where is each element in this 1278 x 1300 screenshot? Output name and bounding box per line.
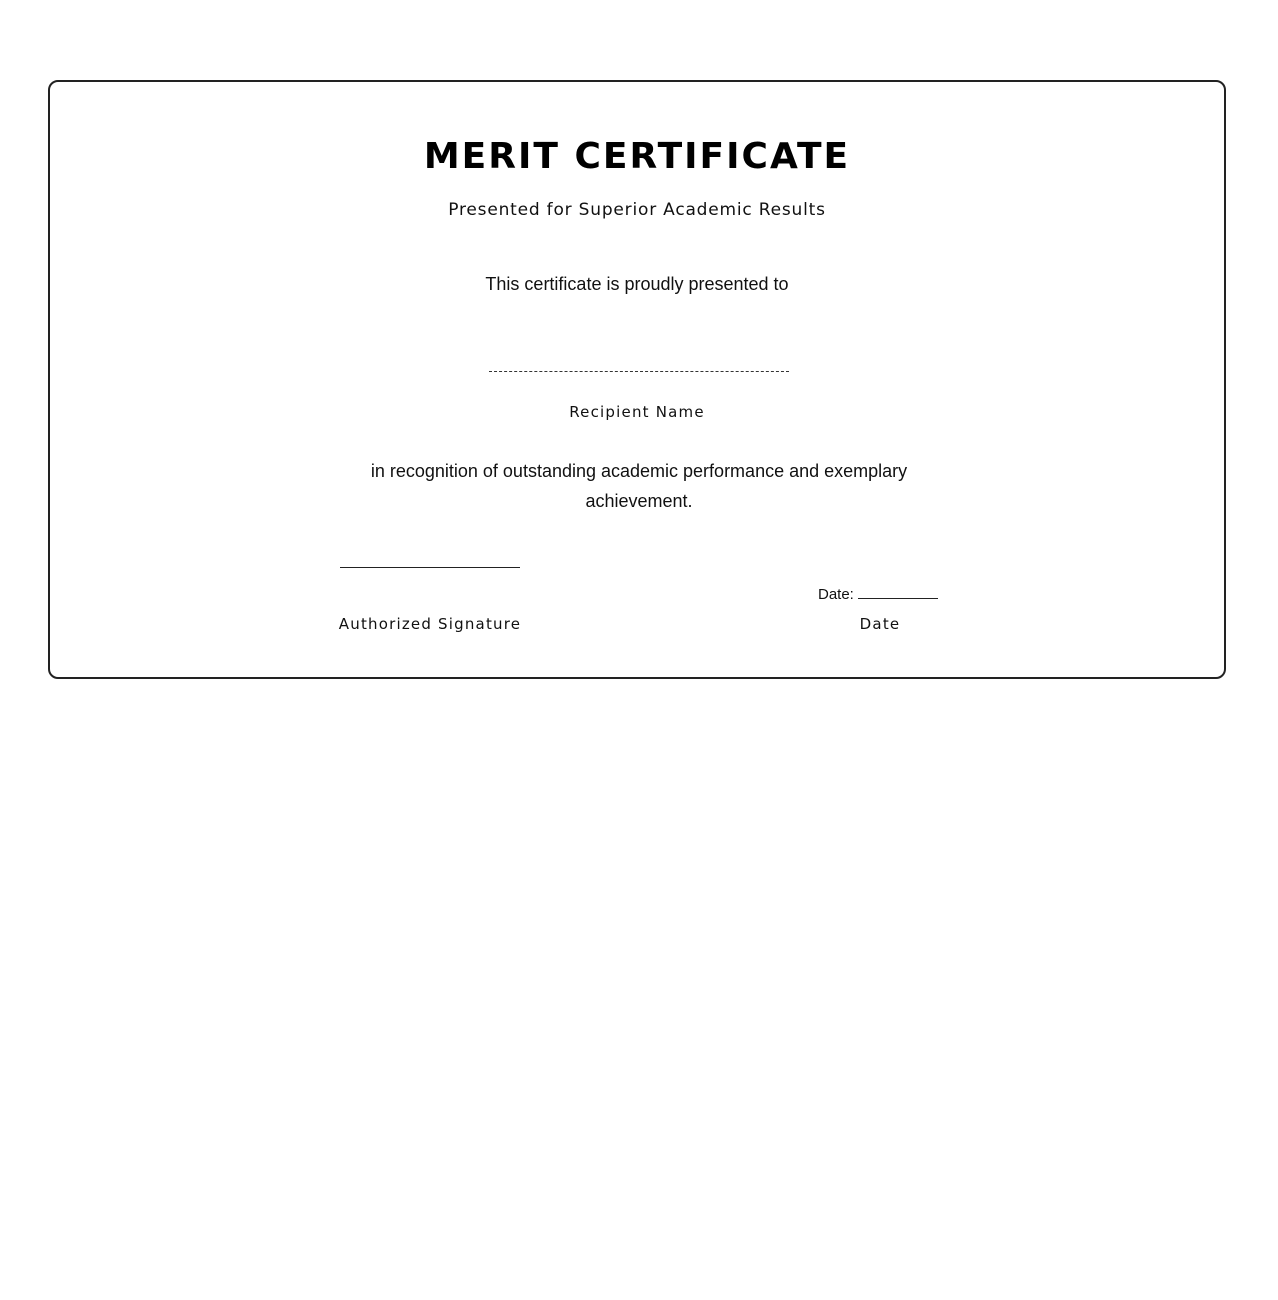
certificate-card: MERIT CERTIFICATE Presented for Superior… [48, 80, 1226, 679]
certificate-subtitle: Presented for Superior Academic Results [50, 200, 1224, 220]
date-field: Date: [818, 584, 938, 603]
recipient-name-label: Recipient Name [50, 403, 1224, 421]
signature-line [340, 567, 520, 568]
recognition-text: in recognition of outstanding academic p… [360, 456, 918, 516]
presented-to-text: This certificate is proudly presented to [50, 274, 1224, 295]
date-blank-line [858, 584, 938, 599]
certificate-title: MERIT CERTIFICATE [50, 136, 1224, 177]
date-field-prefix: Date: [818, 586, 854, 603]
recipient-name-line [489, 371, 789, 372]
signature-block: Authorized Signature [340, 567, 520, 568]
signature-label: Authorized Signature [320, 615, 540, 633]
date-label: Date [790, 615, 970, 633]
